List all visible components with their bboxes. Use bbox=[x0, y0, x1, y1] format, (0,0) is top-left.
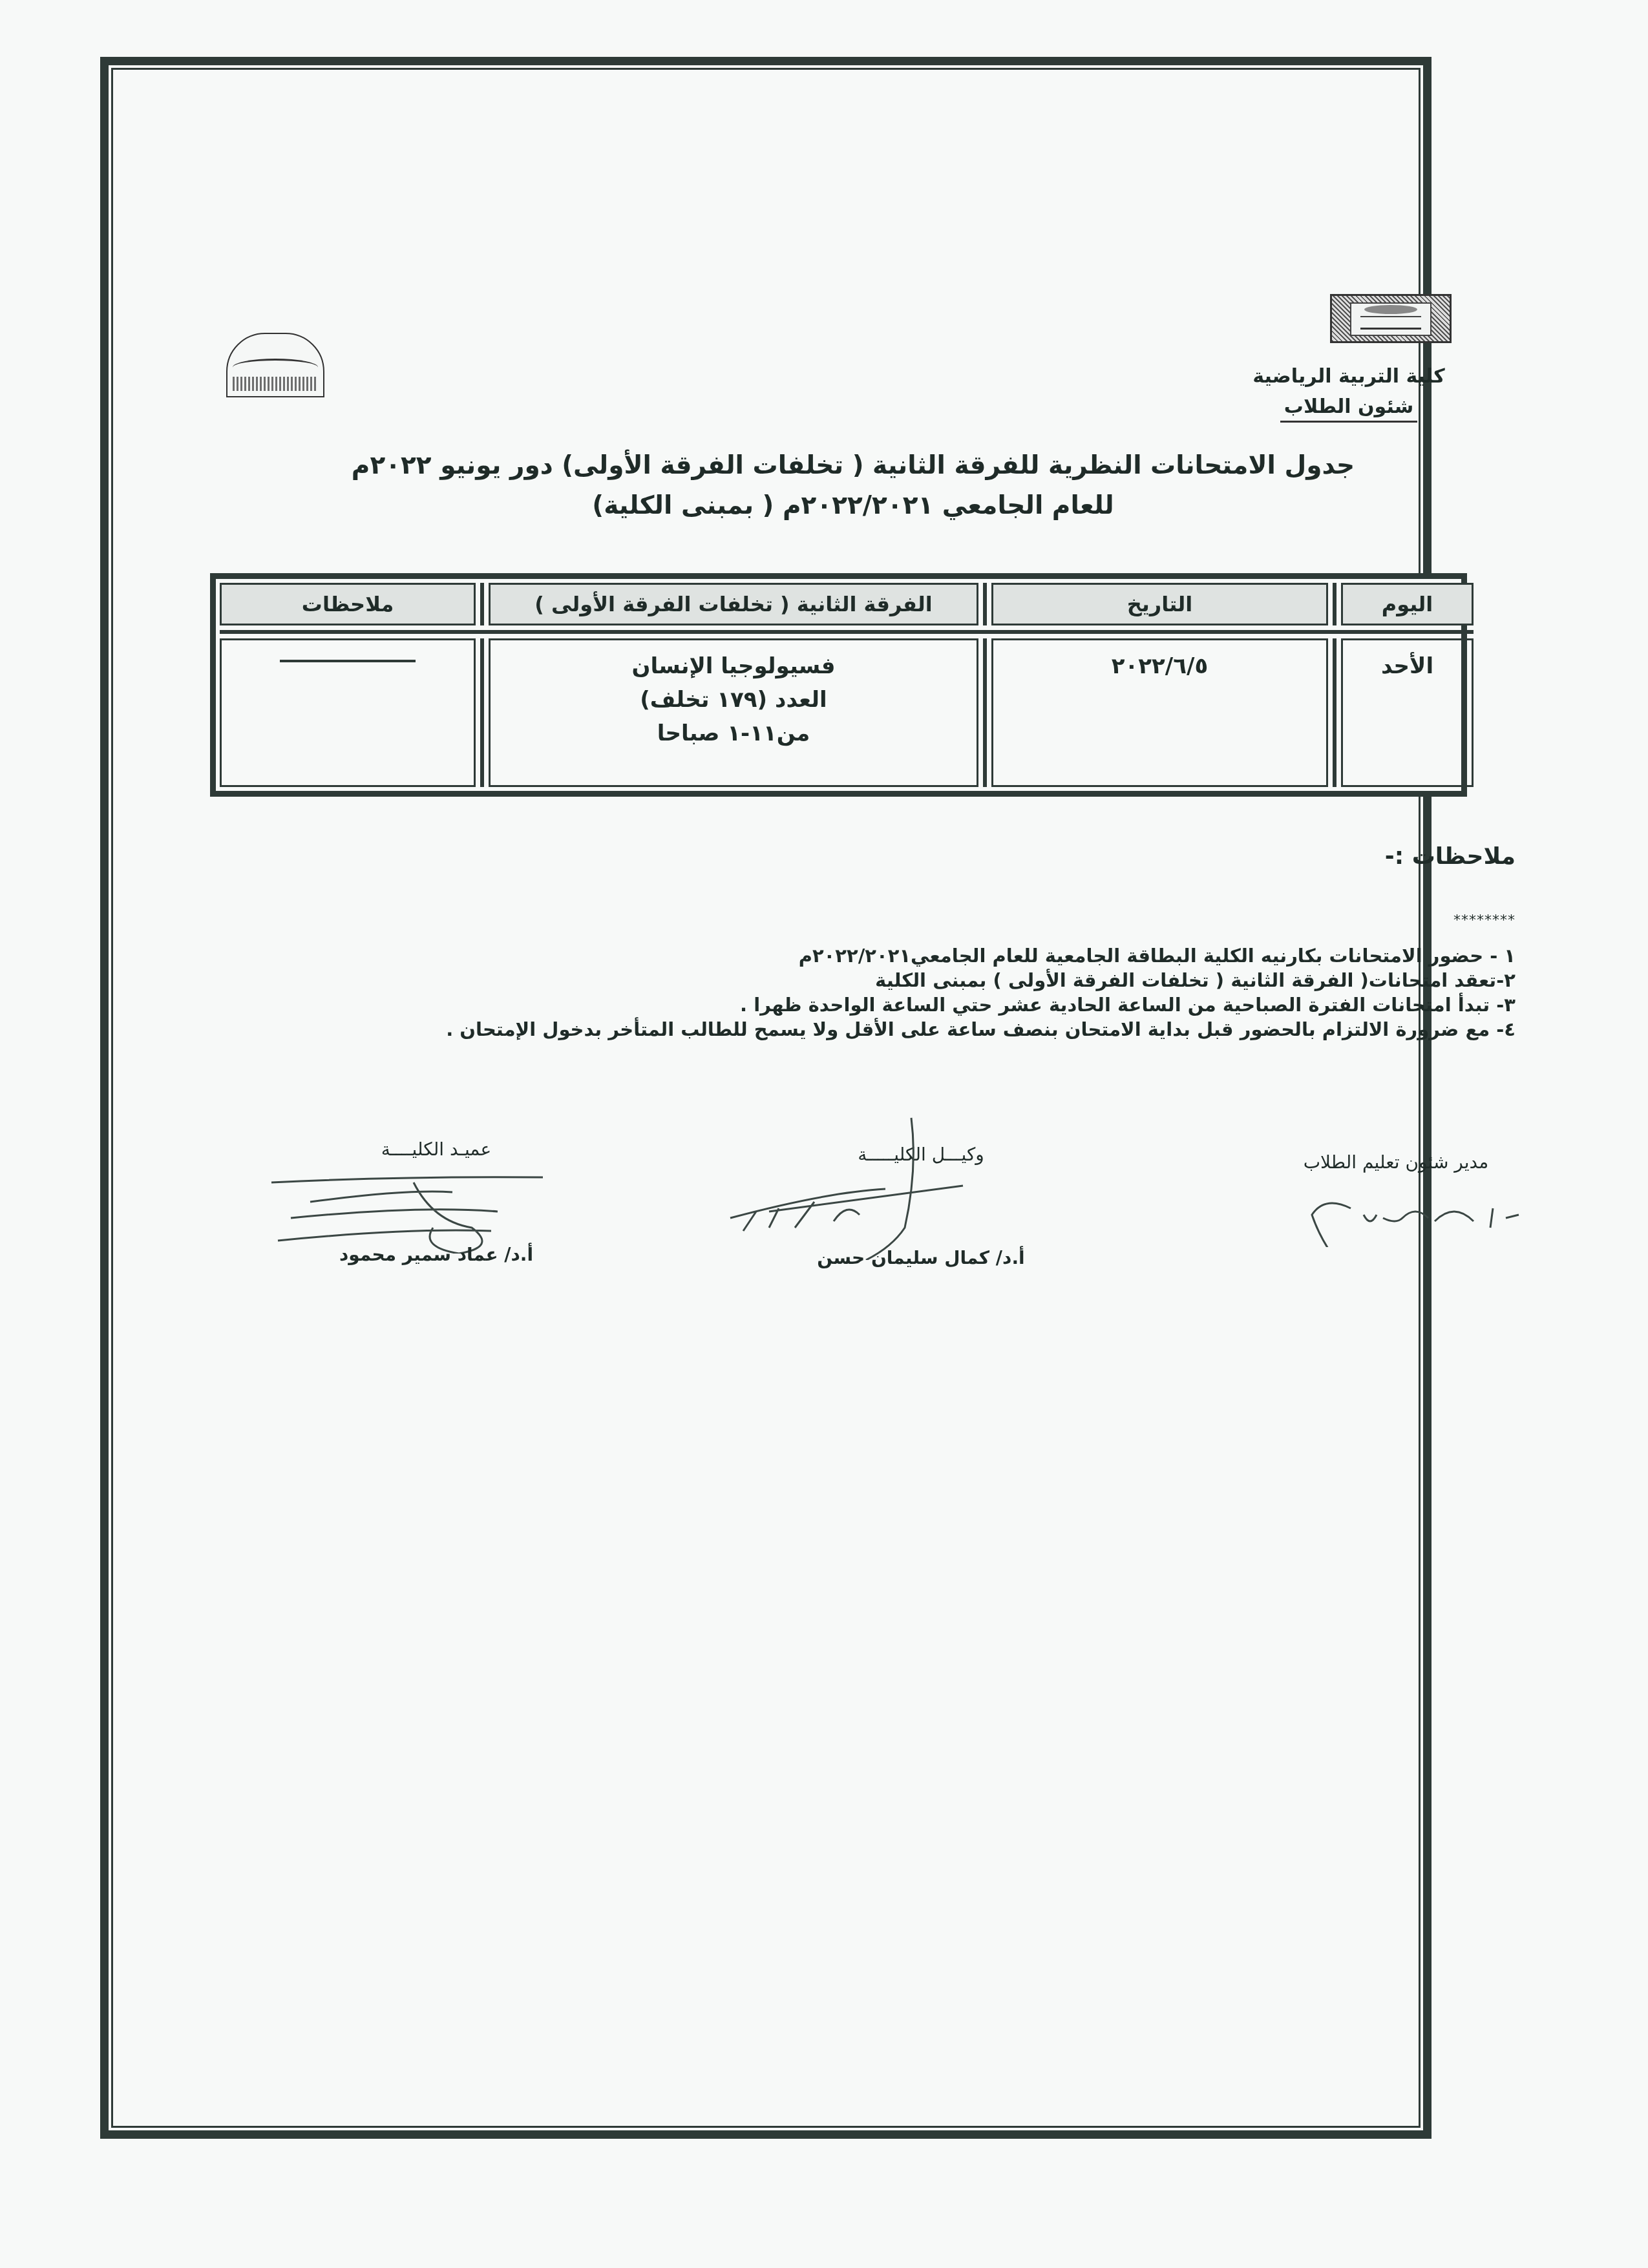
empty-dash bbox=[280, 660, 416, 662]
row-date: ٢٠٢٢/٦/٥ bbox=[991, 638, 1328, 787]
student-affairs-signature-icon bbox=[1299, 1189, 1532, 1247]
department-name: شئون الطلاب bbox=[1252, 395, 1446, 418]
notes-list: ١ - حضور الامتحانات بكارنيه الكلية البطا… bbox=[352, 943, 1516, 1042]
faculty-logo-icon bbox=[226, 333, 324, 397]
student-count: العدد (١٧٩ تخلف) bbox=[640, 683, 827, 717]
note-item: ٤- مع ضرورة الالتزام بالحضور قبل بداية ا… bbox=[352, 1017, 1516, 1042]
exam-schedule-table: ملاحظات الفرقة الثانية ( تخلفات الفرقة ا… bbox=[210, 573, 1467, 797]
student-affairs-title: مدير شئون تعليم الطلاب bbox=[1267, 1151, 1525, 1173]
row-subject: فسيولوجيا الإنسان العدد (١٧٩ تخلف) من١١-… bbox=[489, 638, 978, 787]
dean-signature-icon bbox=[265, 1170, 562, 1254]
dean-title: عميـد الكليــــة bbox=[291, 1139, 582, 1160]
page-title: جدول الامتحانات النظرية للفرقة الثانية (… bbox=[336, 451, 1370, 480]
notes-separator: ******** bbox=[1453, 912, 1516, 929]
header-group: الفرقة الثانية ( تخلفات الفرقة الأولى ) bbox=[489, 583, 978, 625]
page-subtitle: للعام الجامعي ٢٠٢٢/٢٠٢١م ( بمبنى الكلية) bbox=[336, 491, 1370, 520]
subject-name: فسيولوجيا الإنسان bbox=[631, 649, 835, 683]
note-item: ١ - حضور الامتحانات بكارنيه الكلية البطا… bbox=[352, 943, 1516, 968]
note-item: ٢-تعقد امتحانات( الفرقة الثانية ( تخلفات… bbox=[352, 968, 1516, 992]
header-day: اليوم bbox=[1341, 583, 1474, 625]
note-item: ٣- تبدأ امتحانات الفترة الصباحية من السا… bbox=[352, 992, 1516, 1017]
university-logo-icon bbox=[1330, 294, 1452, 343]
row-day: الأحد bbox=[1341, 638, 1474, 787]
row-notes bbox=[220, 638, 476, 787]
college-name: كلية التربية الرياضية bbox=[1252, 365, 1446, 388]
exam-time: من١١-١ صباحا bbox=[657, 717, 810, 750]
header-notes: ملاحظات bbox=[220, 583, 476, 625]
dean-name: أ.د/ عماد سمير محمود bbox=[291, 1244, 582, 1265]
vice-dean-signature-icon bbox=[704, 1111, 1041, 1260]
header-date: التاريخ bbox=[991, 583, 1328, 625]
notes-heading: ملاحظات :- bbox=[1385, 843, 1516, 870]
vice-dean-name: أ.د/ كمال سليمان حسن bbox=[776, 1247, 1066, 1268]
